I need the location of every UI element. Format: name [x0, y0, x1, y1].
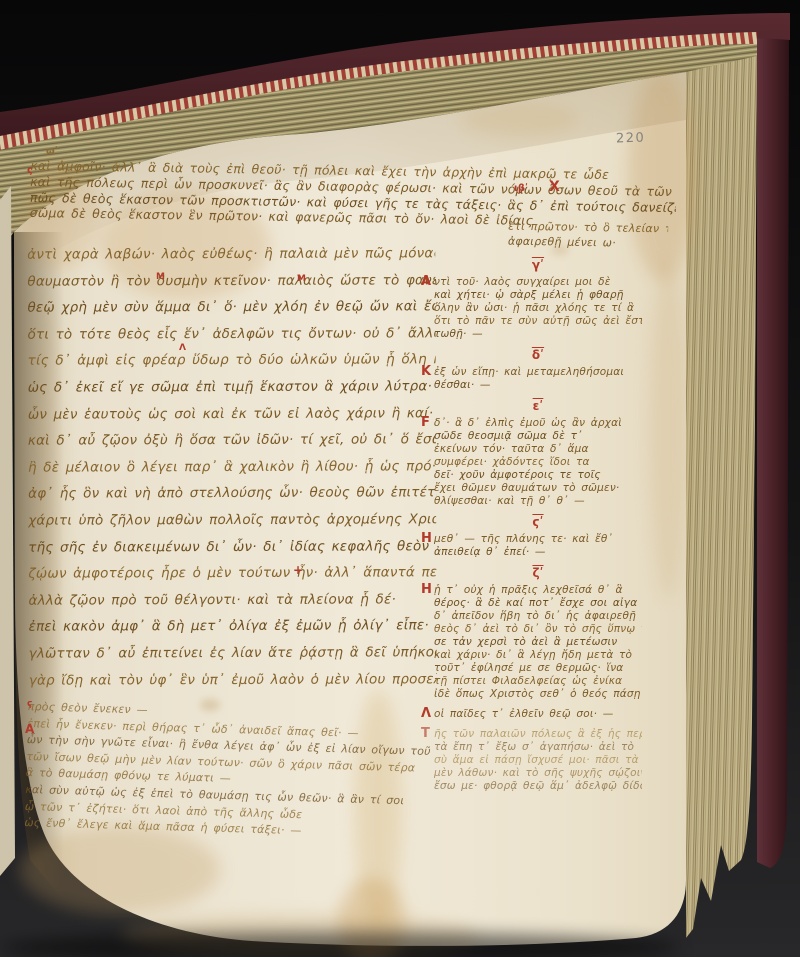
- book-svg: [0, 0, 800, 957]
- fore-edge-pages: [686, 56, 757, 938]
- back-cover-edge: [757, 14, 789, 868]
- manuscript-photo: 220 καὶ ἀμφοῖν· ἀλλ᾽ ἃ διὰ τοὺς ἐπὶ θεοῦ…: [0, 0, 800, 957]
